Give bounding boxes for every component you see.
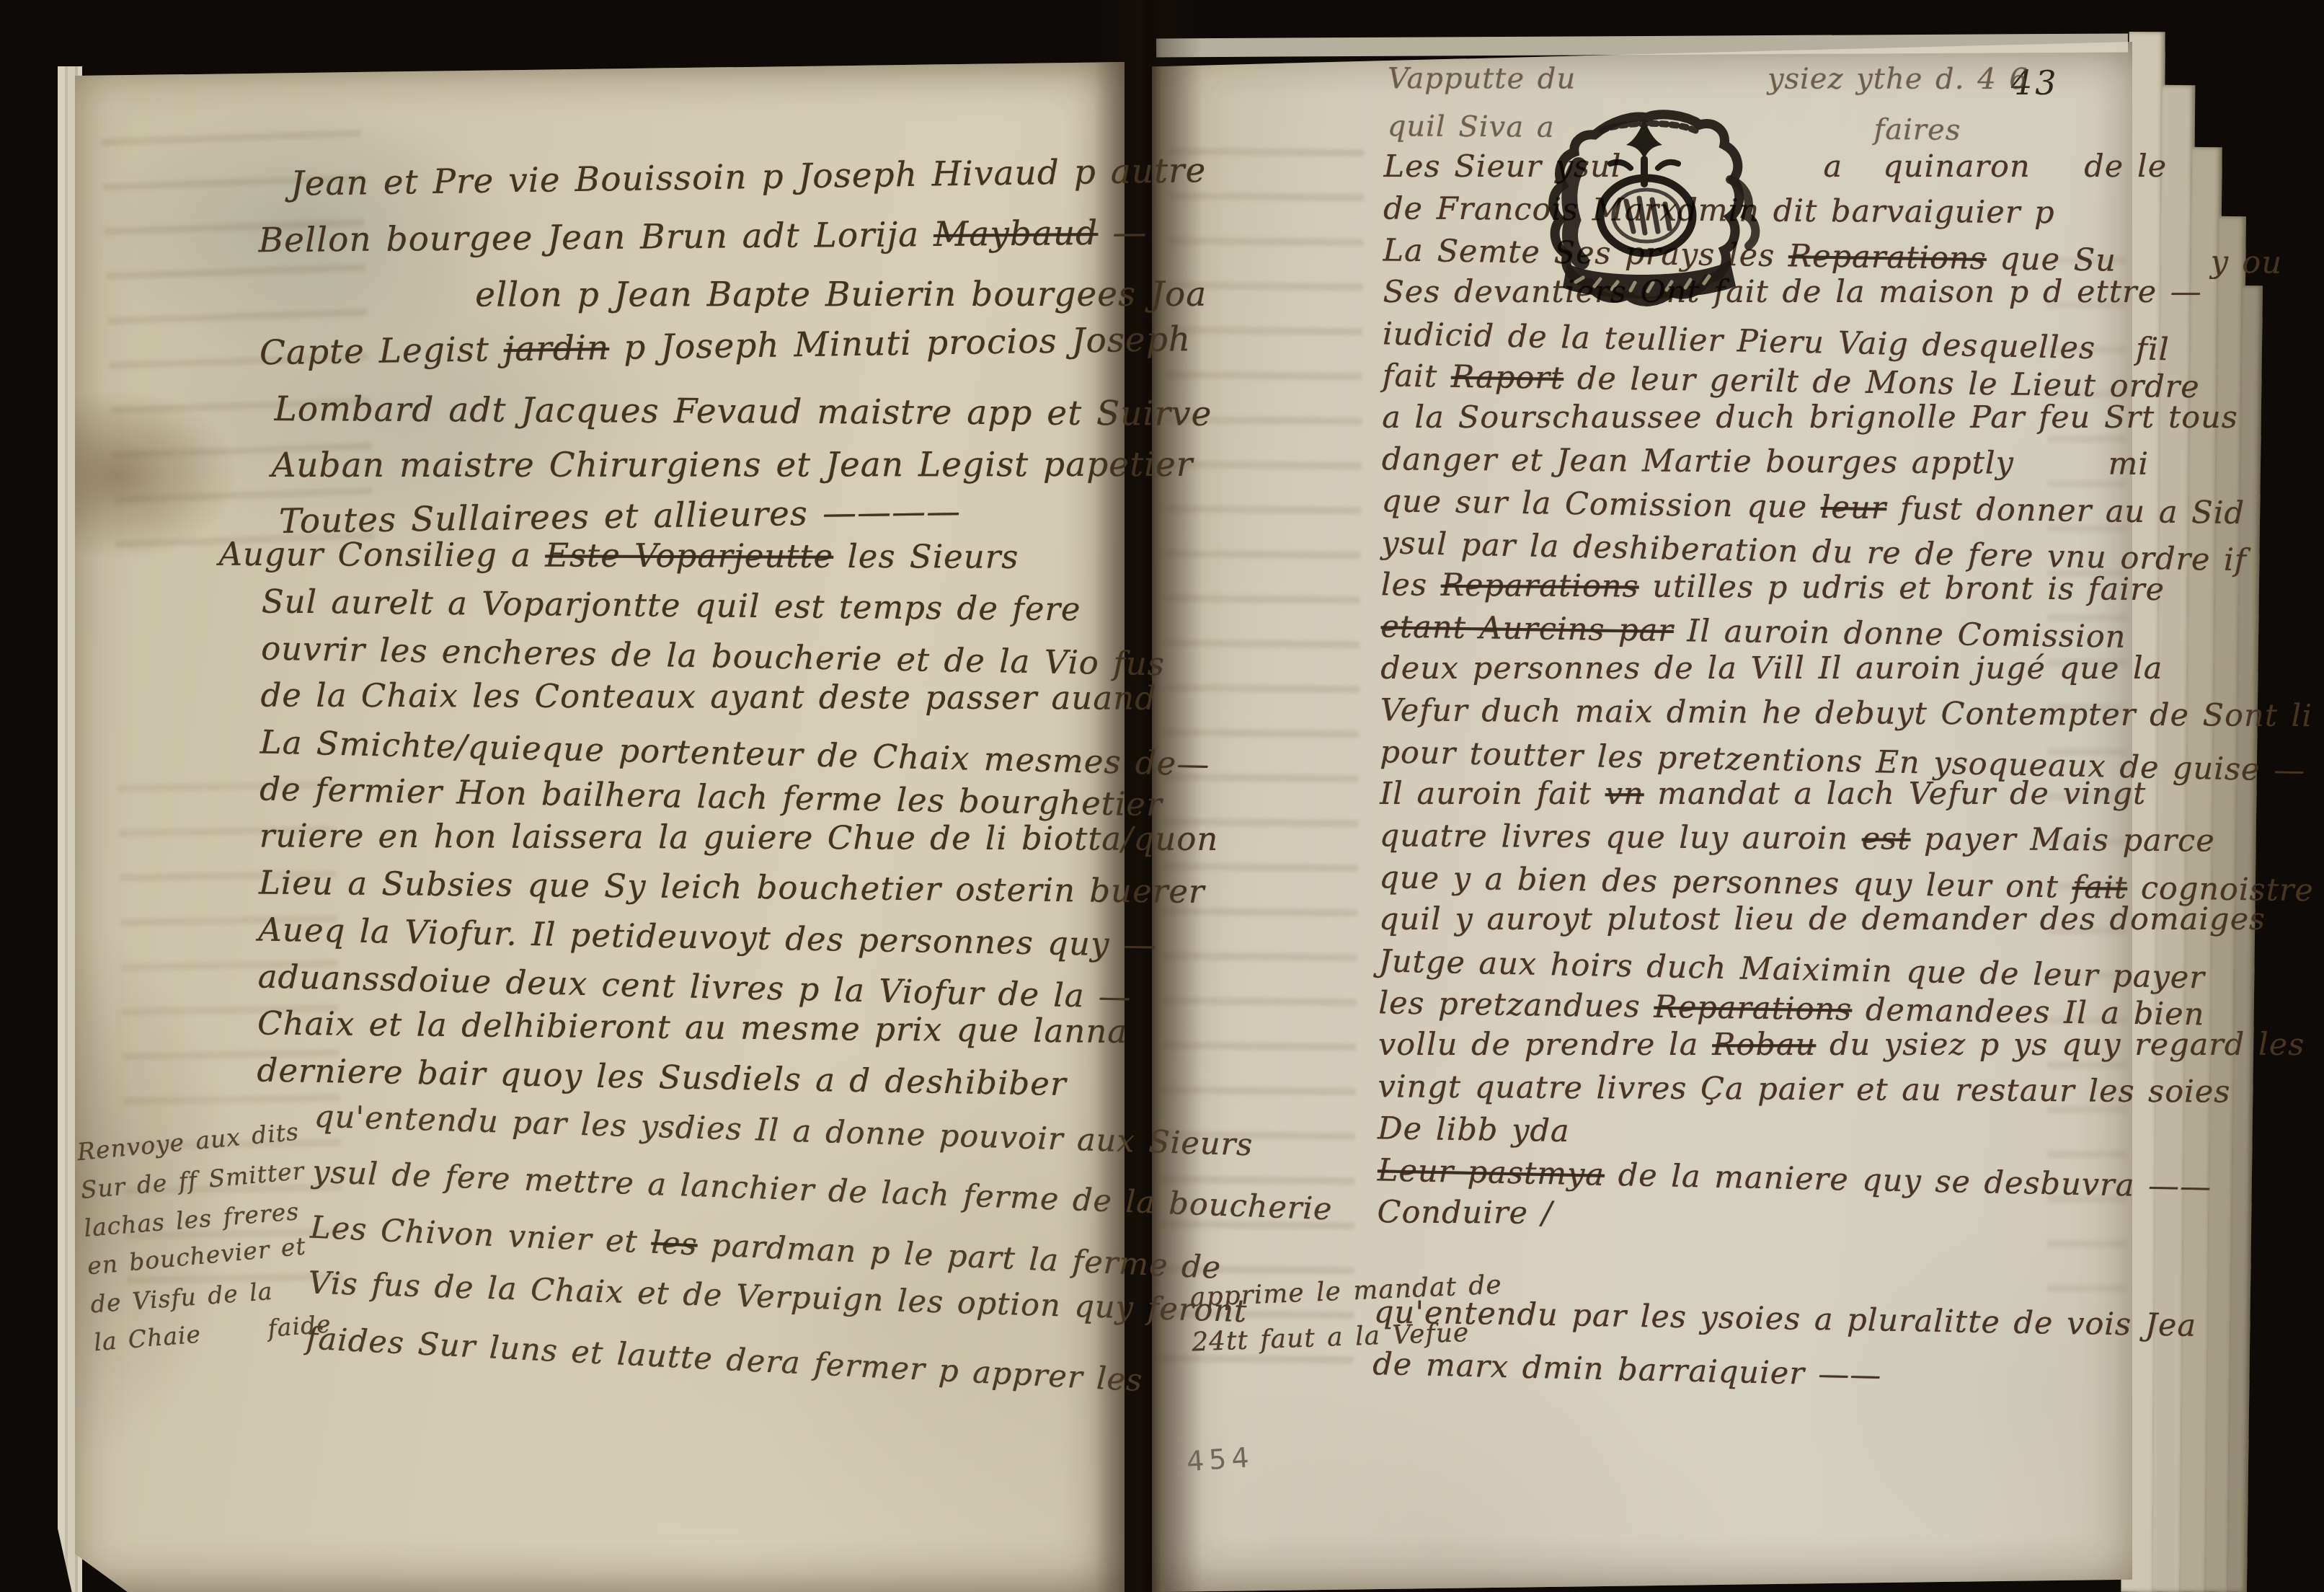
right-page-faint-header: Vapputte du ysiez ythe d. 4 6quil Siva a… — [1388, 55, 2167, 156]
manuscript-line: Vapputte du ysiez ythe d. 4 6 — [1388, 55, 2166, 103]
manuscript-photo: Jean et Pre vie Bouissoin p Joseph Hivau… — [0, 0, 2324, 1592]
pencil-archive-number: 454 — [1186, 1441, 1255, 1477]
manuscript-line: ruiere en hon laissera la guiere Chue de… — [260, 812, 1139, 862]
manuscript-line: vingt quatre livres Ça paier et au resta… — [1378, 1066, 2235, 1113]
manuscript-line: de la Chaix les Conteaux ayant deste pas… — [260, 671, 1140, 721]
ink-stamp — [1525, 92, 1766, 310]
manuscript-line: quatre livres que luy auroin est payer M… — [1380, 815, 2237, 862]
manuscript-line: Lieu a Subsies que Sy leich bouchetier o… — [259, 859, 1139, 914]
manuscript-line: Ses devantiers Ont fait de la maison p d… — [1383, 271, 2240, 313]
right-page-final-lines: qu'entendu par les ysoies a pluralitte d… — [1372, 1286, 2268, 1410]
manuscript-line: Vefur duch maix dmin he debuyt Contempte… — [1380, 689, 2238, 736]
manuscript-line: Augur Consilieg a Este Voparjeutte les S… — [218, 531, 1141, 580]
left-page-margin-note: Renvoye aux ditsSur de ff Smitterlachas … — [76, 1106, 404, 1361]
stamp-graphic — [1525, 92, 1766, 310]
left-page-paragraph-3: qu'entendu par les ysdies Il a donne pou… — [305, 1089, 1158, 1398]
manuscript-line: vollu de prendre la Robau du ysiez p ys … — [1378, 1024, 2236, 1066]
manuscript-line: Jean et Pre vie Bouissoin p Joseph Hivau… — [290, 144, 1116, 213]
left-page-paragraph-2: Augur Consilieg a Este Voparjeutte les S… — [213, 531, 1141, 1102]
manuscript-line: Il auroin fait vn mandat a lach Vefur de… — [1380, 773, 2237, 815]
manuscript-line: deux personnes de la Vill Il auroin jugé… — [1380, 647, 2238, 689]
manuscript-line: quil y auroyt plutost lieu de demander d… — [1379, 898, 2237, 940]
manuscript-line: de Francois Marxdmin dit barvaiguier p — [1383, 187, 2241, 234]
manuscript-line: Lombard adt Jacques Fevaud maistre app e… — [274, 381, 1117, 442]
manuscript-line: a la Sourschaussee duch brignolle Par fe… — [1382, 397, 2240, 438]
manuscript-line: Sul aurelt a Voparjontte quil est temps … — [262, 578, 1142, 633]
right-page-body: Les Sieur ysul a quinaron de lede Franco… — [1377, 146, 2241, 1238]
left-page-paragraph-1: Jean et Pre vie Bouissoin p Joseph Hivau… — [258, 149, 1119, 550]
manuscript-line: Capte Legist jardin p Joseph Minuti proc… — [259, 313, 1117, 382]
manuscript-line: Bellon bourgee Jean Brun adt Lorija Mayb… — [258, 205, 1117, 269]
manuscript-line: danger et Jean Martie bourges apptly mi — [1382, 438, 2240, 485]
manuscript-line: Les Sieur ysul a quinaron de le — [1383, 146, 2241, 187]
